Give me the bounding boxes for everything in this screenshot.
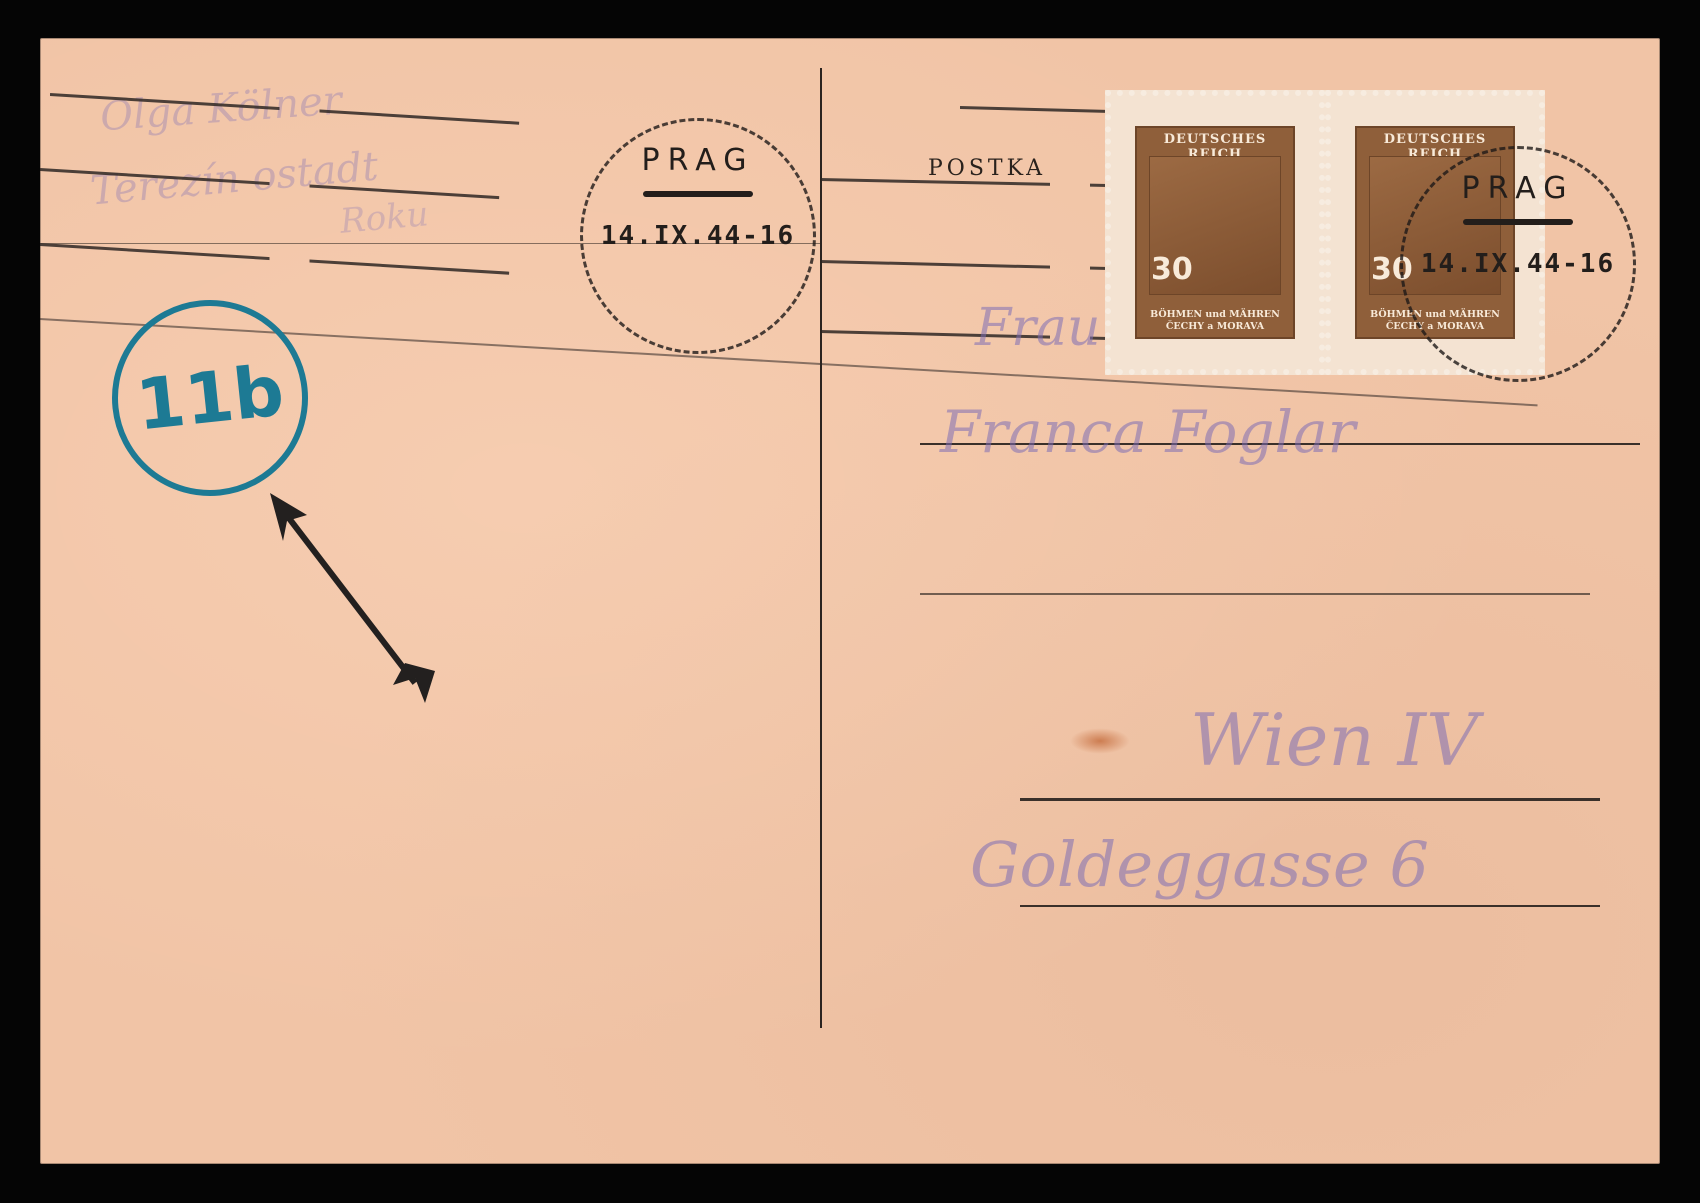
postmark-city: PRAG — [583, 143, 813, 178]
recipient-salutation: Frau — [975, 298, 1100, 358]
postage-stamp: DEUTSCHES REICH 30 BÖHMEN und MÄHREN ČEC… — [1105, 90, 1325, 375]
postcard-label: POSTKA — [928, 156, 1046, 181]
postmark: PRAG 14.IX.44-16 — [1400, 146, 1636, 382]
stain — [1070, 728, 1130, 754]
postmark-bar — [1463, 219, 1573, 225]
postmark-bar — [643, 191, 753, 197]
card-divider — [820, 68, 822, 1028]
stamp-region-line: BÖHMEN und MÄHREN — [1137, 309, 1293, 321]
censor-mark-text: 11b — [132, 350, 287, 447]
stamp-design: DEUTSCHES REICH 30 BÖHMEN und MÄHREN ČEC… — [1135, 126, 1295, 339]
postmark-date: 14.IX.44-16 — [1403, 249, 1633, 279]
address-line — [1020, 905, 1600, 907]
postcard: Olga Kölner Terezín ostadt Roku PRAG 14.… — [40, 38, 1660, 1164]
cancellation-bar — [40, 243, 509, 275]
address-line — [920, 593, 1590, 595]
recipient-city: Wien IV — [1190, 698, 1478, 782]
stamp-value: 30 — [1151, 252, 1193, 287]
address-line — [1020, 798, 1600, 801]
postmark-date: 14.IX.44-16 — [583, 221, 813, 251]
arrow-icon — [265, 493, 445, 713]
stamp-region: BÖHMEN und MÄHREN ČECHY a MORAVA — [1137, 309, 1293, 333]
recipient-name: Franca Foglar — [940, 398, 1355, 466]
postmark: PRAG 14.IX.44-16 — [580, 118, 816, 354]
postmark-city: PRAG — [1403, 171, 1633, 206]
stamp-region-line: ČECHY a MORAVA — [1137, 321, 1293, 333]
sender-line-3: Roku — [338, 194, 430, 242]
recipient-street: Goldeggasse 6 — [970, 828, 1429, 901]
